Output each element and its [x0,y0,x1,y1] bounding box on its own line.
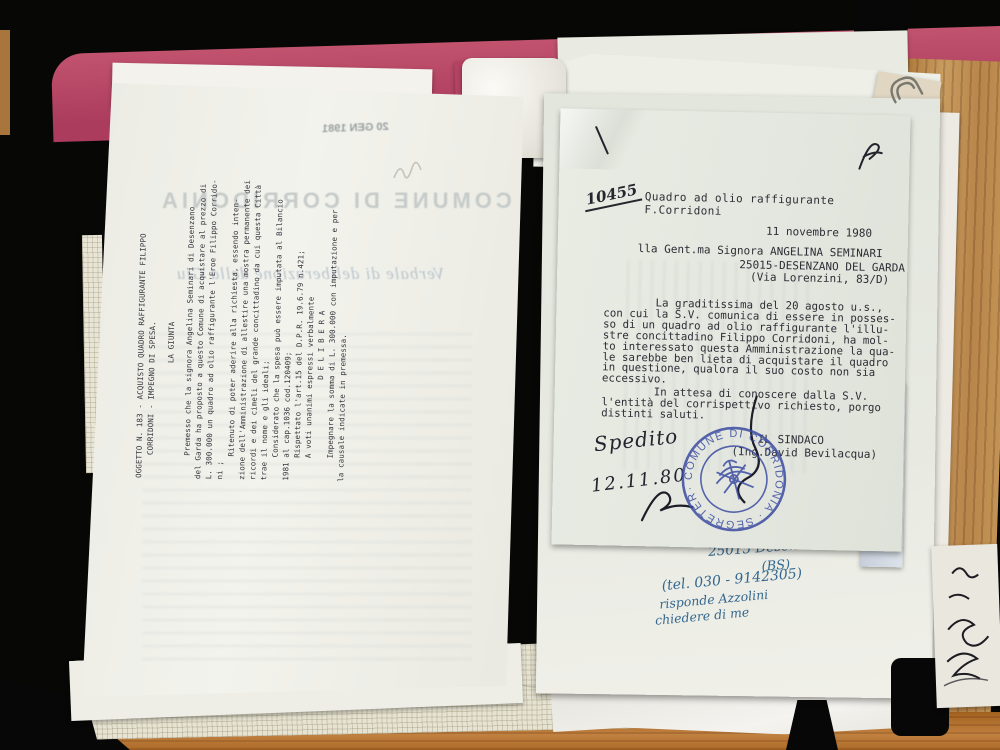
photo-of-documents: COMUNE DI CORRIDONIA Verbale di delibera… [0,0,1000,750]
desk-edge-sliver [0,30,10,135]
deliberation-text: OGGETTO N. 183 - ACQUISTO QUADRO RAFFIGU… [133,178,352,482]
recipient-name: lla Gent.ma Signora ANGELINA SEMINARI [638,242,883,260]
pen-initial-mark [851,136,888,177]
pen-stroke-mark [590,123,615,157]
ink-scribbles [931,544,1000,708]
showthrough-date-stamp: 20 GEN 1981 [322,121,389,135]
paper-crease [559,108,680,170]
deliberation-page: COMUNE DI CORRIDONIA Verbale di delibera… [72,80,527,700]
letter-subject: Quadro ad olio raffigurante F.Corridoni [644,190,908,222]
rotated-typed-block: OGGETTO N. 183 - ACQUISTO QUADRO RAFFIGU… [133,178,364,484]
letter-date: 11 novembre 1980 [766,225,872,240]
letter-body-paragraph-1: La graditissima del 20 agosto u.s.,con c… [602,297,896,390]
paper-with-scribbles [931,544,1000,708]
typed-letter: 10455 Quadro ad olio raffigurante F.Corr… [551,108,910,551]
pencil-mark [388,150,428,190]
protocol-number: 10455 [581,180,642,212]
stamp-crest [712,456,757,504]
